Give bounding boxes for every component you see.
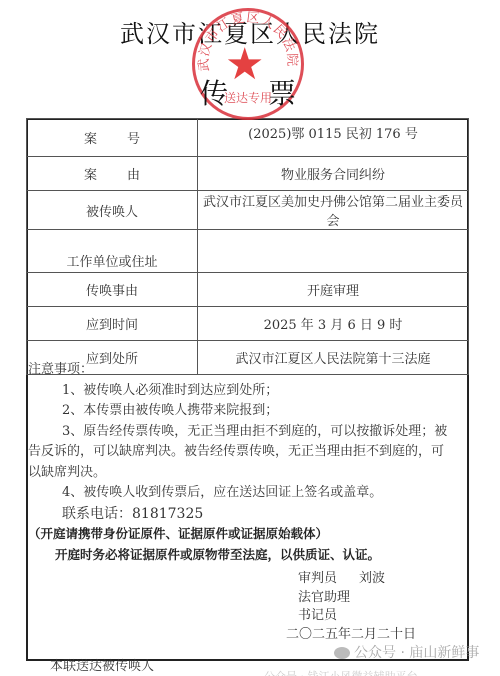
value-summons-reason: 开庭审理 xyxy=(198,273,469,307)
table-row: 工作单位或住址 xyxy=(27,230,469,273)
table-row: 被传唤人 武汉市江夏区美加史丹佛公馆第二届业主委员会 xyxy=(27,191,469,230)
signature-block: 审判员刘波 法官助理 书记员 二〇二五年二月二十日 xyxy=(298,570,416,644)
note-item-1: 1、被传唤人必须准时到达应到处所； xyxy=(28,381,468,402)
doc-title-char-2: 票 xyxy=(268,72,296,112)
label-work-address: 工作单位或住址 xyxy=(27,230,198,273)
value-case-number: (2025)鄂 0115 民初 176 号 xyxy=(198,119,469,157)
value-work-address xyxy=(198,230,469,273)
note-item-3-line-3: 以缺席判决。 xyxy=(28,463,468,484)
note-item-2: 2、本传票由被传唤人携带来院报到； xyxy=(28,401,468,422)
watermark: 公众号 · 庙山新鲜事 xyxy=(334,642,479,662)
judge-label: 审判员 xyxy=(298,571,337,586)
watermark-secondary: 公众号 · 钱江小风微益辅助平台 xyxy=(264,668,418,676)
note-item-3-line-1: 3、原告经传票传唤，无正当理由拒不到庭的，可以按撤诉处理；被 xyxy=(28,422,468,443)
label-case-number: 案号 xyxy=(27,119,198,157)
evidence-note: 开庭时务必将证据原件或原物带至法庭，以供质证、认证。 xyxy=(28,545,468,566)
note-item-3-line-2: 告反诉的，可以缺席判决。被告经传票传唤，无正当理由拒不到庭的，可 xyxy=(28,442,468,463)
judge-line: 审判员刘波 xyxy=(298,570,416,589)
note-item-4: 4、被传唤人收到传票后，应在送达回证上签名或盖章。 xyxy=(28,483,468,504)
watermark-text: 公众号 · 庙山新鲜事 xyxy=(354,645,479,661)
table-row: 应到时间 2025 年 3 月 6 日 9 时 xyxy=(27,307,469,341)
bring-documents-note: （开庭请携带身份证原件、证据原件或证据原始载体） xyxy=(28,524,468,545)
clerk-label: 书记员 xyxy=(298,607,416,626)
label-summoned-person: 被传唤人 xyxy=(27,191,198,230)
label-case-cause: 案由 xyxy=(27,157,198,191)
table-row: 传唤事由 开庭审理 xyxy=(27,273,469,307)
judge-name: 刘波 xyxy=(359,571,385,586)
notes-section: 注意事项： 1、被传唤人必须准时到达应到处所； 2、本传票由被传唤人携带来院报到… xyxy=(28,360,468,565)
contact-phone: 联系电话：81817325 xyxy=(28,504,468,525)
assistant-label: 法官助理 xyxy=(298,589,416,608)
label-appear-time: 应到时间 xyxy=(27,307,198,341)
table-row: 案由 物业服务合同纠纷 xyxy=(27,157,469,191)
value-appear-time: 2025 年 3 月 6 日 9 时 xyxy=(198,307,469,341)
value-case-cause: 物业服务合同纠纷 xyxy=(198,157,469,191)
notes-heading: 注意事项： xyxy=(28,360,468,381)
wechat-icon xyxy=(334,647,350,659)
delivery-note: 本联送达被传唤人 xyxy=(50,655,154,674)
summons-table: 案号 (2025)鄂 0115 民初 176 号 案由 物业服务合同纠纷 被传唤… xyxy=(26,118,469,375)
star-icon: ★ xyxy=(225,43,264,87)
value-summoned-person: 武汉市江夏区美加史丹佛公馆第二届业主委员会 xyxy=(198,191,469,230)
label-summons-reason: 传唤事由 xyxy=(27,273,198,307)
table-row: 案号 (2025)鄂 0115 民初 176 号 xyxy=(27,119,469,157)
doc-title-char-1: 传 xyxy=(200,72,228,112)
